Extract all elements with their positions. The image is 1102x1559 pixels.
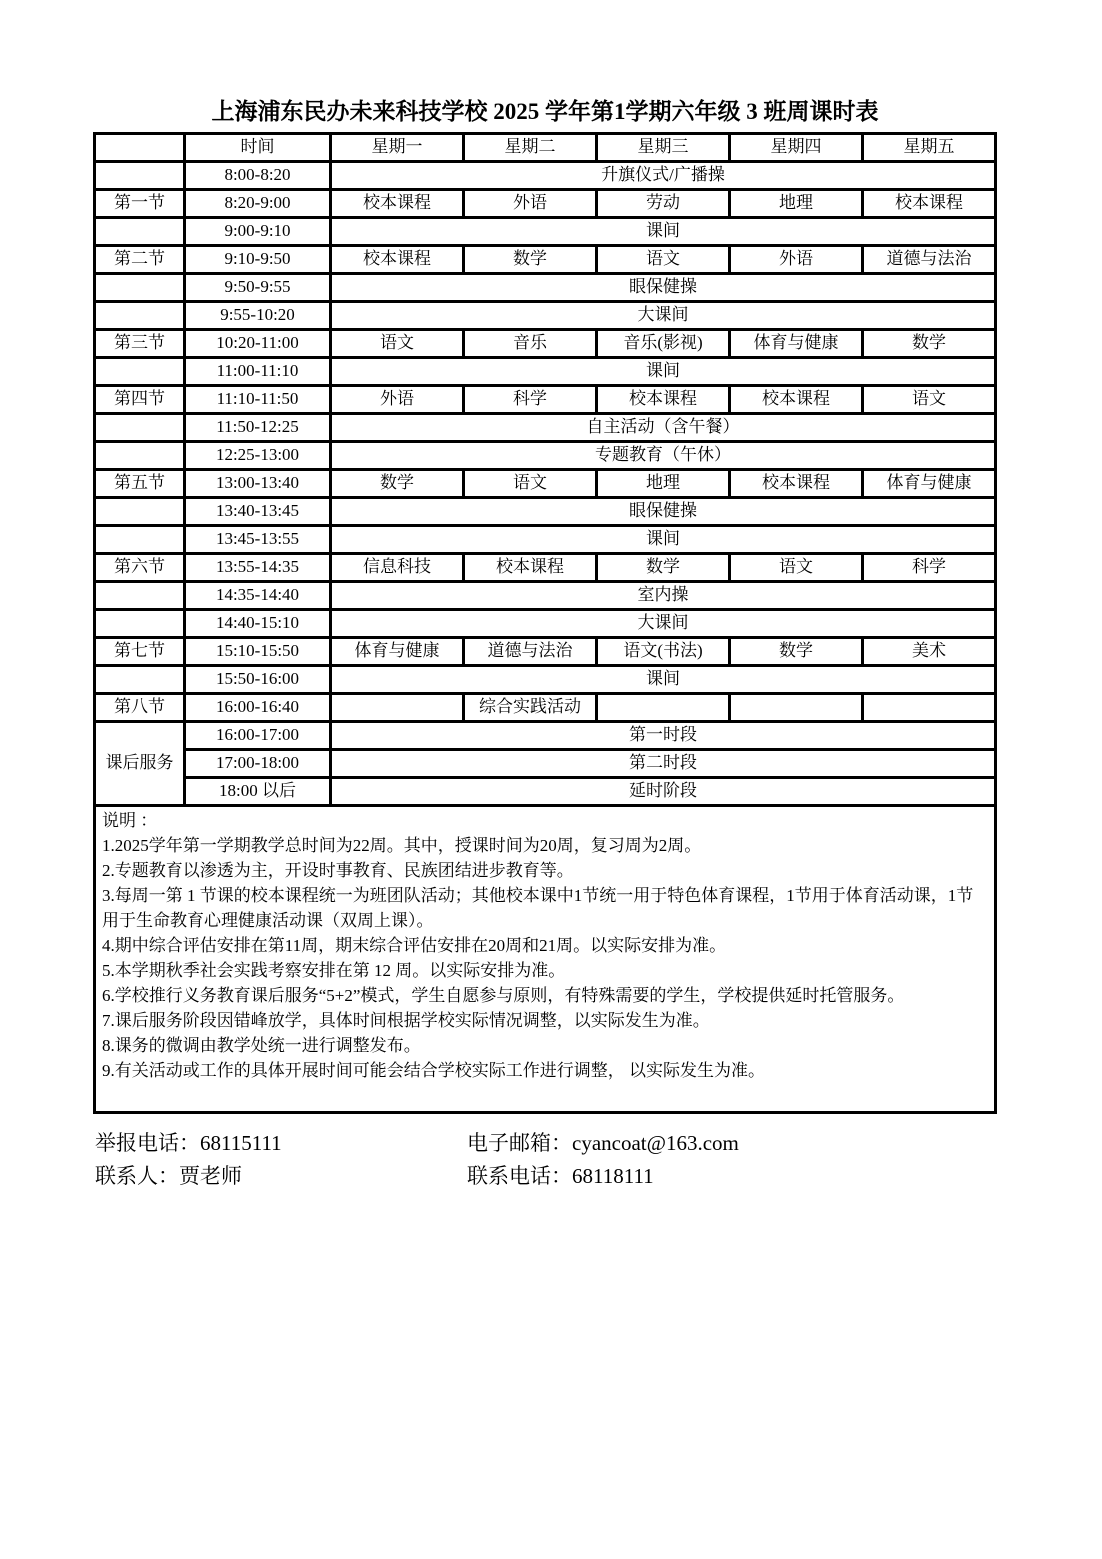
activity-cell: 延时阶段 [331, 777, 996, 805]
header-day-cell: 星期一 [331, 133, 464, 161]
time-cell: 9:00-9:10 [185, 217, 331, 245]
period-cell: 第六节 [95, 553, 185, 581]
contact-phone: 联系电话：68118111 [467, 1163, 999, 1189]
contact-person: 联系人：贾老师 [95, 1163, 467, 1189]
timetable-row: 9:55-10:20大课间 [95, 301, 996, 329]
activity-cell: 课间 [331, 665, 996, 693]
subject-cell: 体育与健康 [863, 469, 996, 497]
time-cell: 9:50-9:55 [185, 273, 331, 301]
weekly-timetable: 时间星期一星期二星期三星期四星期五8:00-8:20升旗仪式/广播操第一节8:2… [93, 132, 997, 1114]
timetable-row: 17:00-18:00第二时段 [95, 749, 996, 777]
email-value: cyancoat@163.com [572, 1131, 739, 1155]
period-cell: 课后服务 [95, 721, 185, 805]
subject-cell: 地理 [730, 189, 863, 217]
timetable-row: 14:35-14:40室内操 [95, 581, 996, 609]
subject-cell: 科学 [464, 385, 597, 413]
period-cell: 第二节 [95, 245, 185, 273]
subject-cell: 外语 [331, 385, 464, 413]
subject-cell: 体育与健康 [331, 637, 464, 665]
subject-cell: 信息科技 [331, 553, 464, 581]
time-cell: 8:20-9:00 [185, 189, 331, 217]
subject-cell: 语文(书法) [597, 637, 730, 665]
timetable-row: 13:40-13:45眼保健操 [95, 497, 996, 525]
timetable-row: 第二节9:10-9:50校本课程数学语文外语道德与法治 [95, 245, 996, 273]
time-cell: 8:00-8:20 [185, 161, 331, 189]
notes-label: 说明 ： [102, 808, 988, 833]
contact-phone-label: 联系电话： [467, 1164, 572, 1188]
header-day-cell: 星期四 [730, 133, 863, 161]
report-phone-label: 举报电话： [95, 1131, 200, 1155]
time-cell: 11:00-11:10 [185, 357, 331, 385]
time-cell: 14:35-14:40 [185, 581, 331, 609]
page-title: 上海浦东民办未来科技学校 2025 学年第1学期六年级 3 班周课时表 [93, 98, 997, 127]
note-item: 3.每周一第 1 节课的校本课程统一为班团队活动；其他校本课中1节统一用于特色体… [102, 883, 988, 933]
subject-cell: 地理 [597, 469, 730, 497]
timetable-row: 9:50-9:55眼保健操 [95, 273, 996, 301]
subject-cell: 外语 [730, 245, 863, 273]
subject-cell: 校本课程 [597, 385, 730, 413]
subject-cell: 语文 [464, 469, 597, 497]
time-cell: 16:00-16:40 [185, 693, 331, 721]
time-cell: 10:20-11:00 [185, 329, 331, 357]
timetable-row: 13:45-13:55课间 [95, 525, 996, 553]
subject-cell [863, 693, 996, 721]
activity-cell: 第二时段 [331, 749, 996, 777]
contact-person-label: 联系人： [95, 1164, 179, 1188]
subject-cell: 数学 [863, 329, 996, 357]
period-cell [95, 357, 185, 385]
subject-cell: 道德与法治 [464, 637, 597, 665]
header-time-cell: 时间 [185, 133, 331, 161]
time-cell: 11:10-11:50 [185, 385, 331, 413]
subject-cell: 校本课程 [331, 245, 464, 273]
subject-cell: 校本课程 [331, 189, 464, 217]
note-item: 1.2025学年第一学期教学总时间为22周。其中，授课时间为20周，复习周为2周… [102, 833, 988, 858]
timetable-row: 第八节16:00-16:40综合实践活动 [95, 693, 996, 721]
subject-cell: 音乐(影视) [597, 329, 730, 357]
subject-cell: 校本课程 [464, 553, 597, 581]
header-day-cell: 星期三 [597, 133, 730, 161]
subject-cell: 综合实践活动 [464, 693, 597, 721]
time-cell: 15:10-15:50 [185, 637, 331, 665]
period-cell: 第五节 [95, 469, 185, 497]
time-cell: 13:40-13:45 [185, 497, 331, 525]
header-day-cell: 星期五 [863, 133, 996, 161]
time-cell: 14:40-15:10 [185, 609, 331, 637]
time-cell: 17:00-18:00 [185, 749, 331, 777]
period-cell [95, 665, 185, 693]
period-cell [95, 217, 185, 245]
subject-cell: 语文 [863, 385, 996, 413]
period-cell [95, 161, 185, 189]
timetable-row: 第四节11:10-11:50外语科学校本课程校本课程语文 [95, 385, 996, 413]
activity-cell: 大课间 [331, 609, 996, 637]
time-cell: 16:00-17:00 [185, 721, 331, 749]
time-cell: 12:25-13:00 [185, 441, 331, 469]
period-cell [95, 497, 185, 525]
subject-cell: 数学 [464, 245, 597, 273]
timetable-row: 第六节13:55-14:35信息科技校本课程数学语文科学 [95, 553, 996, 581]
subject-cell: 校本课程 [730, 385, 863, 413]
period-cell: 第七节 [95, 637, 185, 665]
period-cell: 第一节 [95, 189, 185, 217]
period-cell [95, 581, 185, 609]
period-cell [95, 609, 185, 637]
activity-cell: 专题教育（午休） [331, 441, 996, 469]
note-item: 8.课务的微调由教学处统一进行调整发布。 [102, 1033, 988, 1058]
subject-cell: 音乐 [464, 329, 597, 357]
header-day-cell: 星期二 [464, 133, 597, 161]
note-item: 5.本学期秋季社会实践考察安排在第 12 周。以实际安排为准。 [102, 958, 988, 983]
timetable-row: 12:25-13:00专题教育（午休） [95, 441, 996, 469]
activity-cell: 大课间 [331, 301, 996, 329]
time-cell: 9:10-9:50 [185, 245, 331, 273]
header-period-cell [95, 133, 185, 161]
subject-cell [597, 693, 730, 721]
period-cell: 第八节 [95, 693, 185, 721]
contact-person-value: 贾老师 [179, 1164, 242, 1188]
timetable-row: 8:00-8:20升旗仪式/广播操 [95, 161, 996, 189]
contact-footer: 举报电话：68115111 电子邮箱：cyancoat@163.com 联系人：… [93, 1130, 999, 1189]
time-cell: 13:55-14:35 [185, 553, 331, 581]
time-cell: 13:45-13:55 [185, 525, 331, 553]
report-phone-value: 68115111 [200, 1131, 282, 1155]
subject-cell: 校本课程 [863, 189, 996, 217]
time-cell: 15:50-16:00 [185, 665, 331, 693]
notes-row: 说明 ：1.2025学年第一学期教学总时间为22周。其中，授课时间为20周，复习… [95, 805, 996, 1112]
activity-cell: 自主活动（含午餐） [331, 413, 996, 441]
subject-cell [331, 693, 464, 721]
time-cell: 13:00-13:40 [185, 469, 331, 497]
note-item: 7.课后服务阶段因错峰放学，具体时间根据学校实际情况调整，以实际发生为准。 [102, 1008, 988, 1033]
subject-cell: 语文 [730, 553, 863, 581]
subject-cell: 语文 [331, 329, 464, 357]
activity-cell: 课间 [331, 357, 996, 385]
header-row: 时间星期一星期二星期三星期四星期五 [95, 133, 996, 161]
timetable-row: 11:00-11:10课间 [95, 357, 996, 385]
activity-cell: 课间 [331, 525, 996, 553]
activity-cell: 第一时段 [331, 721, 996, 749]
time-cell: 9:55-10:20 [185, 301, 331, 329]
timetable-body: 时间星期一星期二星期三星期四星期五8:00-8:20升旗仪式/广播操第一节8:2… [95, 133, 996, 1112]
time-cell: 11:50-12:25 [185, 413, 331, 441]
period-cell [95, 301, 185, 329]
subject-cell: 科学 [863, 553, 996, 581]
subject-cell [730, 693, 863, 721]
timetable-row: 14:40-15:10大课间 [95, 609, 996, 637]
contact-phone-value: 68118111 [572, 1164, 654, 1188]
timetable-row: 第一节8:20-9:00校本课程外语劳动地理校本课程 [95, 189, 996, 217]
subject-cell: 美术 [863, 637, 996, 665]
time-cell: 18:00 以后 [185, 777, 331, 805]
note-item: 2.专题教育以渗透为主，开设时事教育、民族团结进步教育等。 [102, 858, 988, 883]
email-label: 电子邮箱： [467, 1131, 572, 1155]
activity-cell: 课间 [331, 217, 996, 245]
timetable-row: 课后服务16:00-17:00第一时段 [95, 721, 996, 749]
subject-cell: 数学 [331, 469, 464, 497]
timetable-row: 15:50-16:00课间 [95, 665, 996, 693]
activity-cell: 室内操 [331, 581, 996, 609]
subject-cell: 道德与法治 [863, 245, 996, 273]
activity-cell: 眼保健操 [331, 273, 996, 301]
timetable-row: 第五节13:00-13:40数学语文地理校本课程体育与健康 [95, 469, 996, 497]
email: 电子邮箱：cyancoat@163.com [467, 1130, 999, 1156]
report-phone: 举报电话：68115111 [95, 1130, 467, 1156]
period-cell [95, 441, 185, 469]
period-cell [95, 273, 185, 301]
timetable-row: 第七节15:10-15:50体育与健康道德与法治语文(书法)数学美术 [95, 637, 996, 665]
timetable-row: 9:00-9:10课间 [95, 217, 996, 245]
timetable-row: 第三节10:20-11:00语文音乐音乐(影视)体育与健康数学 [95, 329, 996, 357]
activity-cell: 眼保健操 [331, 497, 996, 525]
document-page: 上海浦东民办未来科技学校 2025 学年第1学期六年级 3 班周课时表 时间星期… [0, 0, 1102, 1559]
timetable-row: 18:00 以后延时阶段 [95, 777, 996, 805]
notes-cell: 说明 ：1.2025学年第一学期教学总时间为22周。其中，授课时间为20周，复习… [95, 805, 996, 1112]
subject-cell: 语文 [597, 245, 730, 273]
subject-cell: 数学 [730, 637, 863, 665]
note-item: 9.有关活动或工作的具体开展时间可能会结合学校实际工作进行调整， 以实际发生为准… [102, 1058, 988, 1083]
period-cell [95, 413, 185, 441]
note-item: 4.期中综合评估安排在第11周，期末综合评估安排在20周和21周。以实际安排为准… [102, 933, 988, 958]
subject-cell: 体育与健康 [730, 329, 863, 357]
subject-cell: 数学 [597, 553, 730, 581]
subject-cell: 外语 [464, 189, 597, 217]
subject-cell: 劳动 [597, 189, 730, 217]
period-cell: 第四节 [95, 385, 185, 413]
period-cell: 第三节 [95, 329, 185, 357]
timetable-row: 11:50-12:25自主活动（含午餐） [95, 413, 996, 441]
activity-cell: 升旗仪式/广播操 [331, 161, 996, 189]
note-item: 6.学校推行义务教育课后服务“5+2”模式，学生自愿参与原则，有特殊需要的学生，… [102, 983, 988, 1008]
period-cell [95, 525, 185, 553]
subject-cell: 校本课程 [730, 469, 863, 497]
